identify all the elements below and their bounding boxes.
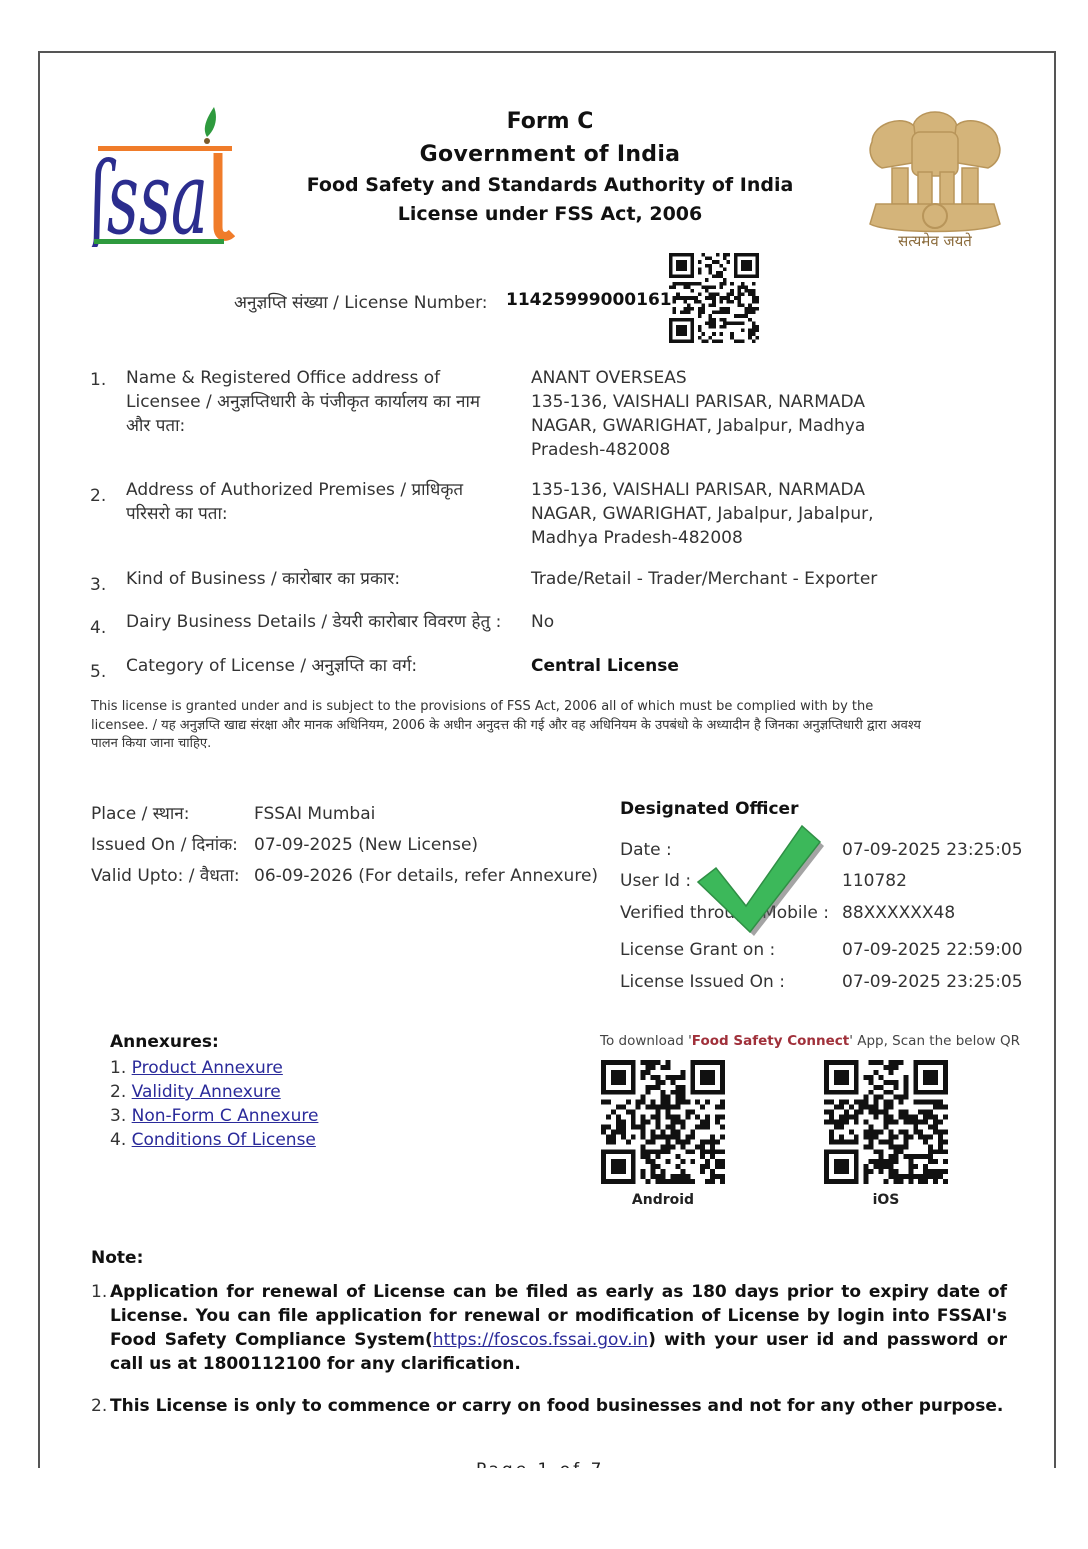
government-title: Government of India	[280, 138, 820, 171]
item-value: Central License	[531, 654, 891, 678]
fssai-logo-icon: ʃssa	[90, 105, 235, 247]
item-label: Name & Registered Office address of Lice…	[126, 366, 506, 438]
android-label: Android	[600, 1192, 726, 1208]
license-page-frame	[38, 51, 1056, 1468]
authority-title: Food Safety and Standards Authority of I…	[280, 171, 820, 200]
page-footer: Page 1 of 7	[0, 1455, 1088, 1468]
item-label: Address of Authorized Premises / प्राधिक…	[126, 478, 506, 526]
note-title: Note:	[91, 1248, 143, 1268]
annexure-item: 4. Conditions Of License	[110, 1128, 318, 1152]
item-label: Category of License / अनुज्ञप्ति का वर्ग…	[126, 654, 546, 678]
issued-on-row: Issued On / दिनांक: 07-09-2025 (New Lice…	[91, 830, 598, 861]
app-download-caption: To download 'Food Safety Connect' App, S…	[600, 1033, 1020, 1049]
android-qr-code-icon	[600, 1060, 726, 1184]
act-title: License under FSS Act, 2006	[280, 200, 820, 229]
note-item-purpose: 2. This License is only to commence or c…	[91, 1394, 1007, 1418]
app-name: Food Safety Connect	[692, 1033, 849, 1049]
verified-checkmark-icon	[690, 820, 825, 940]
item-value: 135-136, VAISHALI PARISAR, NARMADA NAGAR…	[531, 478, 891, 550]
license-number: 11425999000161	[506, 290, 672, 310]
item-premises-address: 2. Address of Authorized Premises / प्रा…	[90, 478, 1020, 553]
document-header: Form C Government of India Food Safety a…	[280, 106, 820, 229]
license-qr-code-icon	[668, 253, 760, 343]
item-value: No	[531, 610, 891, 634]
annexure-item: 3. Non-Form C Annexure	[110, 1104, 318, 1128]
ios-label: iOS	[823, 1192, 949, 1208]
place-validity-table: Place / स्थान: FSSAI Mumbai Issued On / …	[91, 799, 598, 892]
product-annexure-link[interactable]: Product Annexure	[132, 1058, 283, 1078]
foscos-link[interactable]: https://foscos.fssai.gov.in	[433, 1330, 648, 1350]
form-title: Form C	[280, 106, 820, 138]
item-license-category: 5. Category of License / अनुज्ञप्ति का व…	[90, 654, 1020, 680]
annexures-list: 1. Product Annexure 2. Validity Annexure…	[110, 1056, 318, 1152]
place-row: Place / स्थान: FSSAI Mumbai	[91, 799, 598, 830]
conditions-of-license-link[interactable]: Conditions Of License	[132, 1130, 316, 1150]
license-number-label: अनुज्ञप्ति संख्या / License Number:	[234, 290, 488, 313]
designated-officer-title: Designated Officer	[620, 799, 798, 819]
license-disclaimer: This license is granted under and is sub…	[91, 698, 921, 754]
item-value: ANANT OVERSEAS 135-136, VAISHALI PARISAR…	[531, 366, 891, 462]
annexure-item: 1. Product Annexure	[110, 1056, 318, 1080]
annexure-item: 2. Validity Annexure	[110, 1080, 318, 1104]
non-form-c-annexure-link[interactable]: Non-Form C Annexure	[132, 1106, 319, 1126]
validity-annexure-link[interactable]: Validity Annexure	[132, 1082, 281, 1102]
item-licensee-name: 1. Name & Registered Office address of L…	[90, 366, 1020, 466]
item-label: Dairy Business Details / डेयरी कारोबार व…	[126, 610, 546, 634]
item-kind-of-business: 3. Kind of Business / कारोबार का प्रकार:…	[90, 567, 1020, 593]
note-item-renewal: 1. Application for renewal of License ca…	[91, 1280, 1007, 1376]
annexures-title: Annexures:	[110, 1032, 219, 1052]
emblem-motto: सत्यमेव जयते	[898, 232, 972, 250]
ios-qr-code-icon	[823, 1060, 949, 1184]
item-dairy-business: 4. Dairy Business Details / डेयरी कारोबा…	[90, 610, 1020, 636]
item-value: Trade/Retail - Trader/Merchant - Exporte…	[531, 567, 951, 591]
item-label: Kind of Business / कारोबार का प्रकार:	[126, 567, 546, 591]
svg-text:ʃssa: ʃssa	[90, 140, 208, 247]
national-emblem-icon: सत्यमेव जयते	[862, 102, 1008, 250]
officer-issued-row: License Issued On : 07-09-2025 23:25:05	[620, 966, 1023, 998]
valid-upto-row: Valid Upto: / वैधता: 06-09-2026 (For det…	[91, 861, 598, 892]
page-number: Page 1 of 7	[476, 1460, 604, 1468]
